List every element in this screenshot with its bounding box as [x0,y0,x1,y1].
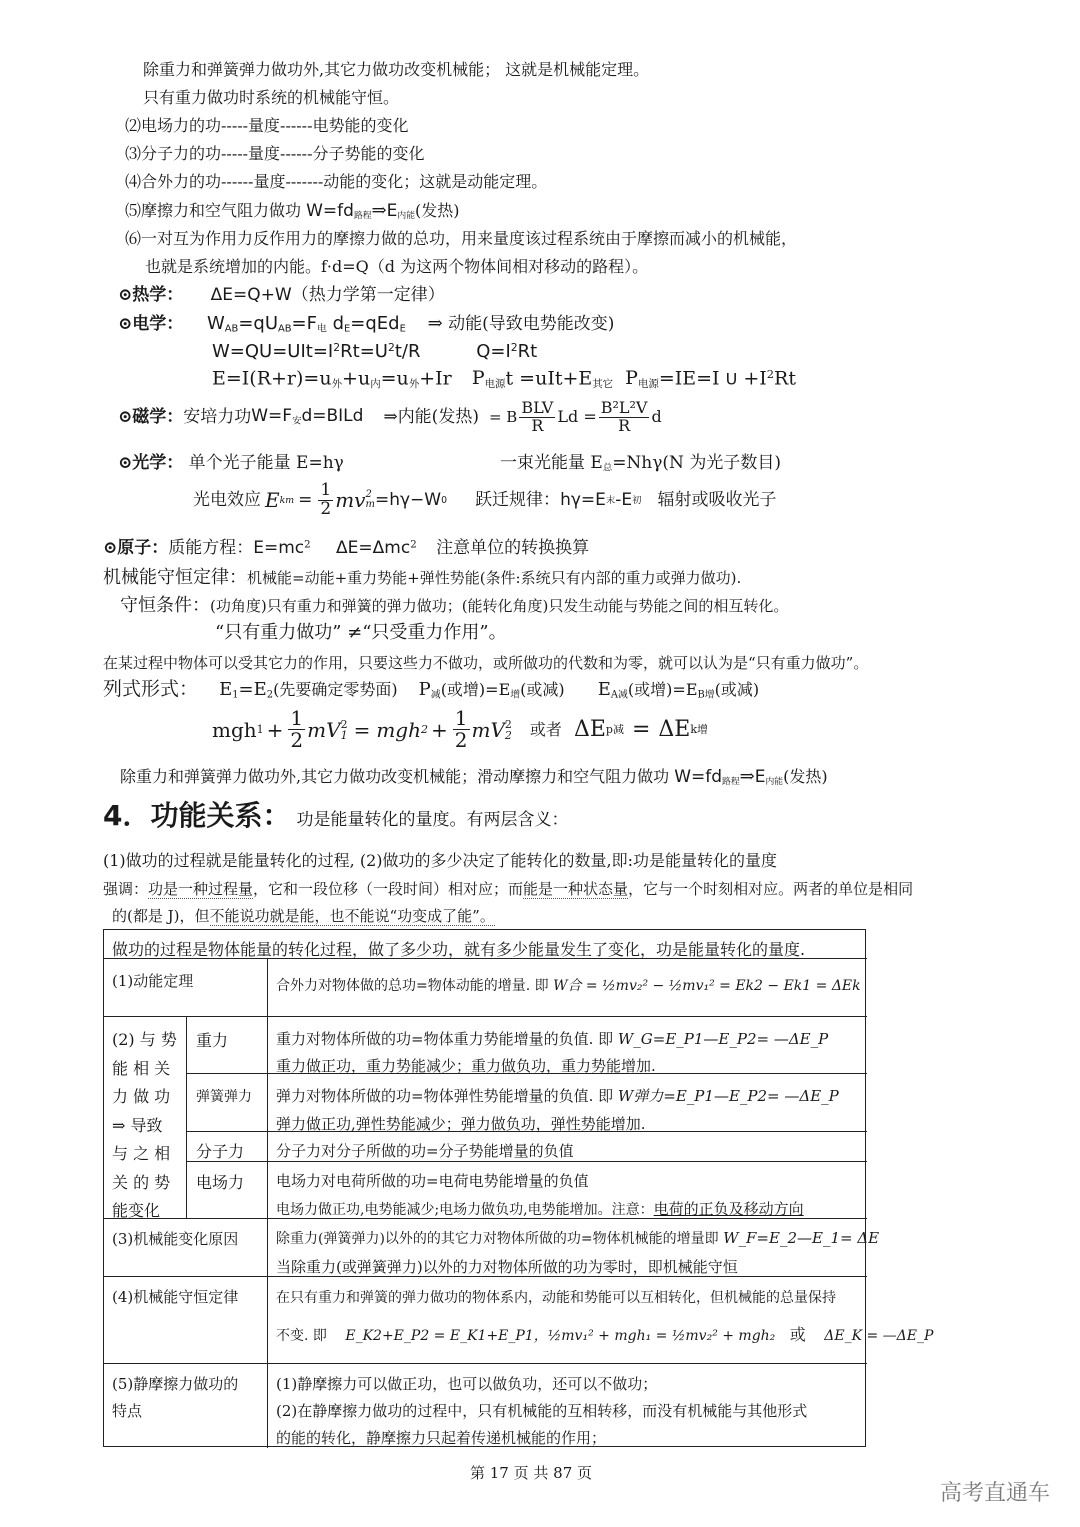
formula: d [651,409,661,425]
friction-work-line: ⑸摩擦力和空气阻力做功 W=fd路程⇒E内能(发热) [125,202,460,221]
watermark: 高考直通车 [940,1476,1050,1507]
table-row-content: 弹力对物体所做的功=物体弹性势能增量的负值. 即 W弹力=E_P1—E_P2= … [276,1085,839,1106]
section-subtitle: 功是能量转化的量度。有两层含义： [296,812,568,829]
conservation-equation: mgh1 + 12 mV21 = mgh2 + 12 mV22 或者 ΔEp减 … [212,708,708,751]
optics-line-2: 光电效应 Ekm = 12 mv2m =hγ−W0 跃迁规律：hγ=E末-E初 … [193,482,777,519]
fraction: 12 [318,482,333,519]
electric-line-3: E=I(R+r)=u外+u内=u外+Ir P电源t =uIt+E其它 P电源=I… [212,369,796,389]
text-line: 也就是系统增加的内能。f·d=Q（d 为这两个物体间相对移动的路程）。 [145,259,648,275]
text: 内能(发热) [398,409,479,426]
electric-line-2: W=QU=UIt=I2Rt=U2t/R Q=I2Rt [212,343,537,361]
subscript: 路程 [354,211,372,221]
atom-line: ⊙原子：质能方程：E=mc2 ΔE=Δmc2 注意单位的转换换算 [103,540,589,557]
table-row-content: 当除重力(或弹簧弹力)以外的力对物体所做的功为零时，即机械能守恒 [276,1256,738,1277]
formula: Ld = [557,409,596,425]
table-row-content: 电场力做正功,电势能减少;电场力做负功,电势能增加。注意：电荷的正负及移动方向 [276,1198,804,1219]
table-row-content: 的能的转化，静摩擦力只起着传递机械能的作用； [276,1427,606,1448]
table-row-content: (1)静摩擦力可以做正功，也可以做负功，还可以不做功； [276,1373,657,1394]
text-line: ⑶分子力的功-----量度------分子势能的变化 [125,146,424,162]
subscript: 内能 [397,211,415,221]
table-row-content: 弹力做正功,弹性势能减少；弹力做负功，弹性势能增加. [276,1113,646,1134]
section-label: ⊙磁学： [118,409,183,426]
optics-beam: 一束光能量 E总=Nhγ(N 为光子数目) [500,455,781,473]
arrow-icon: ⇒ [428,313,443,334]
table-group-label: (2) 与 势 能 相 关 力 做 功 ⇒ 导致 与 之 相 关 的 势 能变化 [112,1026,184,1226]
text: 单个光子能量 E=hγ [189,453,344,473]
text-line: ⑵电场力的功-----量度------电势能的变化 [125,118,408,134]
table-header: 做功的过程是物体能量的转化过程，做了多少功，就有多少能量发生了变化，功是能量转化… [112,937,805,960]
conservation-note: 在某过程中物体可以受其它力的作用，只要这些力不做功，或所做功的代数和为零，就可以… [103,656,868,671]
magnetic-line: ⊙磁学： 安培力功 W=F安d=BILd ⇒ 内能(发热) = B BLVR L… [118,400,662,435]
table-row-content: 不变. 即 E_K2+E_P2 = E_K1+E_P1，½mv₁² + mgh₁… [276,1322,933,1345]
note: 动能(导致电势能改变) [443,314,615,334]
formula: E [387,201,398,221]
table-sub-label: 重力 [196,1028,228,1051]
formula: E_K2+E_P2 = E_K1+E_P1，½mv₁² + mgh₁ = ½mv… [345,1328,775,1344]
section-heading: 4．功能关系： [103,802,290,830]
conservation-forms: 列式形式： E1=E2(先要确定零势面) P减(或增)=E增(或减) EA减(或… [103,680,759,700]
formula: W合 = ½mv₂² − ½mv₁² = Ek2 − Ek1 = ΔEk [553,978,861,994]
text-line: 只有重力做功时系统的机械能守恒。 [143,90,399,106]
table-row-label: (4)机械能守恒定律 [112,1286,238,1307]
formula: W=F安d=BILd [251,408,363,426]
note: （热力学第一定律） [292,285,445,305]
table-sub-label: 弹簧弹力 [196,1086,252,1106]
section-label: ⊙热学： [118,285,183,305]
formula: W=fd [306,201,354,221]
table-row-label: (3)机械能变化原因 [112,1228,238,1249]
table-row-label: (5)静摩擦力做功的 [112,1373,238,1394]
table-row-content: 在只有重力和弹簧的弹力做功的物体系内，动能和势能可以互相转化，但机械能的总量保持 [276,1287,836,1307]
conservation-neq: “只有重力做功” ≠“只受重力作用”。 [215,624,507,642]
fraction: 12 [453,708,470,751]
text: 光电效应 [193,492,261,509]
table-row-label: 特点 [112,1400,142,1421]
conservation-condition: 守恒条件：(功角度)只有重力和弹簧的弹力做功；(能转化角度)只发生动能与势能之间… [120,597,788,615]
section-4-heading-line: 4．功能关系： 功是能量转化的量度。有两层含义： [103,802,568,830]
text-line: ⑷合外力的功------量度-------动能的变化；这就是动能定理。 [125,174,547,190]
table-row-content: (2)在静摩擦力做功的过程中，只有机械能的互相转移，而没有机械能与其他形式 [276,1400,807,1421]
arrow-icon: ⇒ [372,200,387,221]
table-row-label: (1)动能定理 [112,970,193,991]
table-sub-label: 分子力 [196,1139,244,1162]
text-line: 除重力和弹簧弹力做功外,其它力做功改变机械能； 这就是机械能定理。 [143,62,649,78]
table-row-content: 重力对物体所做的功=物体重力势能增量的负值. 即 W_G=E_P1—E_P2= … [276,1028,828,1049]
optics-line-1: ⊙光学： 单个光子能量 E=hγ [118,455,344,472]
section-label: ⊙电学： [118,314,183,334]
table-sub-label: 电场力 [196,1170,244,1193]
fraction: B²L²VR [599,400,650,435]
arrow-icon: ⇒ [383,409,397,426]
section-4-emphasis-1: 强调：功是一种过程量，它和一段位移（一段时间）相对应；而能是一种状态量，它与一个… [103,882,913,897]
text: ⑸摩擦力和空气阻力做功 [125,201,306,220]
fraction: 12 [288,708,305,751]
work-energy-table: 做功的过程是物体能量的转化过程，做了多少功，就有多少能量发生了变化，功是能量转化… [103,929,866,1447]
table-row-content: 分子力对分子所做的功=分子势能增量的负值 [276,1140,574,1161]
table-row-content: 电场力对电荷所做的功=电荷电势能增量的负值 [276,1170,589,1191]
text: 安培力功 [183,409,251,426]
section-label: ⊙原子： [103,538,168,558]
section-label: ⊙光学： [118,453,183,473]
formula: ΔE_K = —ΔE_P [824,1328,933,1344]
section-label: 机械能守恒定律： [103,567,247,588]
table-row-content: 除重力(弹簧弹力)以外的的其它力对物体所做的功=物体机械能的增量即 W_F=E_… [276,1228,879,1248]
conservation-title-line: 机械能守恒定律：机械能=动能+重力势能+弹性势能(条件:系统只有内部的重力或弹力… [103,569,741,587]
conservation-closing: 除重力和弹簧弹力做功外,其它力做功改变机械能；滑动摩擦力和空气阻力做功 W=fd… [120,768,828,787]
text: (发热) [415,201,460,220]
table-row-content: 重力做正功，重力势能减少；重力做负功，重力势能增加. [276,1055,656,1076]
formula: WAB=qUAB=F电 dE=qEdE [207,313,406,334]
table-row-content: 合外力对物体做的总功=物体动能的增量. 即 W合 = ½mv₂² − ½mv₁²… [276,975,861,995]
section-4-emphasis-2: 的(都是 J)，但不能说功就是能，也不能说“功变成了能”。 [112,909,495,924]
thermo-line: ⊙热学： ΔE=Q+W（热力学第一定律） [118,287,445,304]
electric-line-1: ⊙电学： WAB=qUAB=F电 dE=qEdE ⇒ 动能(导致电势能改变) [118,315,614,334]
formula: ΔE=Q+W [211,285,292,305]
text-line: ⑹一对互为作用力反作用力的摩擦力做的总功，用来量度该过程系统由于摩擦而减小的机械… [125,231,797,247]
section-4-meaning: (1)做功的过程就是能量转化的过程, (2)做功的多少决定了能转化的数量,即:功… [103,853,777,869]
page-number: 第 17 页 共 87 页 [470,1466,592,1481]
formula: = B [489,410,517,425]
fraction: BLVR [519,400,555,435]
